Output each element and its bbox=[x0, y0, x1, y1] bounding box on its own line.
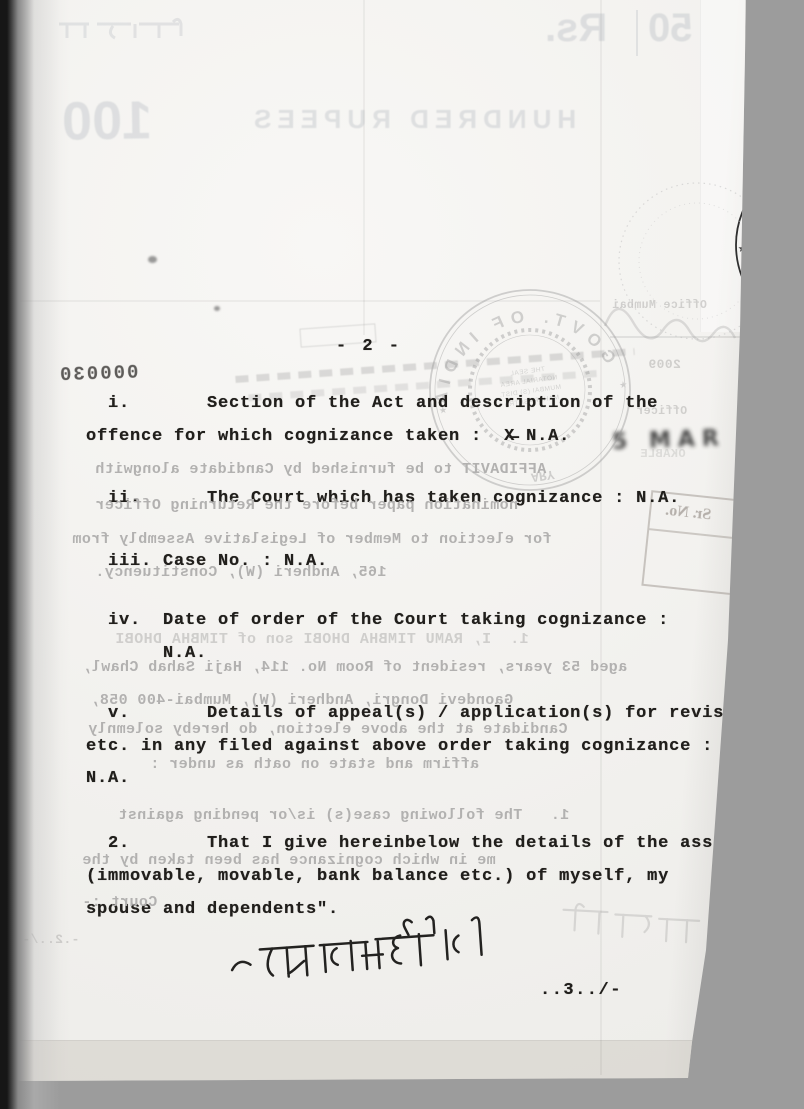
hundred-rupees-watermark-bleed: HUNDRED RUPEES bbox=[248, 104, 576, 135]
stamp-letters: GO bbox=[741, 287, 764, 310]
doc-line-2-2: (immovable, movable, bank balance etc.) … bbox=[86, 868, 669, 887]
top-fold-crease bbox=[363, 0, 365, 335]
bleed-line: Gaondevi Dongri, Andheri (W), Mumbai-400… bbox=[90, 693, 513, 710]
scanner-left-edge bbox=[0, 0, 60, 1109]
bottom-edge-band bbox=[0, 1040, 804, 1082]
bleed-line: AFFIDAVIT to be furnished by Candidate a… bbox=[95, 462, 546, 479]
watermark-divider bbox=[636, 10, 638, 56]
doc-line-v-2: etc. in any filed against above order ta… bbox=[86, 738, 713, 757]
govt-of-india-round-stamp-bleed: GOVT. OF INDIA ★ ★ ARY THE SEAL NOTARIAL… bbox=[400, 260, 660, 520]
sheet-serial-bleed: 000030 bbox=[58, 362, 139, 387]
paper-sheet: Rs. 50 100 HUNDRED RUPEES ★ GO Office Mu… bbox=[0, 0, 804, 1109]
bleed-line: aged 53 years, resident of Room No. 114,… bbox=[82, 660, 627, 677]
hindi-watermark-bleed bbox=[55, 14, 205, 44]
bleed-line: affirm and state on oath as under : bbox=[150, 757, 479, 774]
hundred-watermark-bleed: 100 bbox=[61, 89, 152, 153]
bleed-line: Court :- bbox=[82, 895, 157, 912]
doc-line-2-1: 2. That I give hereinbelow the details o… bbox=[86, 835, 746, 854]
page-number: - 2 - bbox=[336, 338, 402, 357]
scanned-affidavit-page: { "colors": { "paper": "#f2f1ee", "ink":… bbox=[0, 0, 804, 1109]
rs-watermark-bleed: Rs. bbox=[545, 6, 607, 51]
bleed-line: Candidate at the above election, do here… bbox=[88, 722, 567, 739]
bleed-line: 1. The following case(s) is/or pending a… bbox=[118, 808, 569, 825]
bleed-year: 2009 bbox=[648, 358, 681, 372]
doc-line-iv-1: iv. Date of order of the Court taking co… bbox=[86, 612, 669, 631]
ink-speck bbox=[148, 256, 157, 263]
bleed-line: me in which cognizance has been taken by… bbox=[82, 853, 496, 870]
doc-line-v-3: N.A. bbox=[86, 770, 130, 789]
bleed-line: nomination paper before the Returning Of… bbox=[95, 498, 518, 515]
doc-line-i-2: offence for which cognizance taken : X̶ … bbox=[86, 428, 570, 447]
doc-line-i-1: i. Section of the Act and description of… bbox=[86, 395, 658, 414]
star-icon: ★ bbox=[618, 377, 628, 393]
fifty-watermark-bleed: 50 bbox=[648, 6, 693, 51]
bleed-line: 1. I, RAMU TIMBHA DHOBI son of TIMBHA DH… bbox=[115, 632, 529, 649]
signature-bleed-squiggle bbox=[544, 889, 707, 955]
ink-speck bbox=[214, 306, 220, 311]
bleed-line: 165, Andheri (W), Constituency. bbox=[95, 565, 386, 582]
sr-no-box-divider bbox=[649, 528, 780, 544]
continuation-mark: ..3../- bbox=[540, 982, 622, 1001]
bleed-line: for election to Member of Legislative As… bbox=[72, 532, 551, 549]
